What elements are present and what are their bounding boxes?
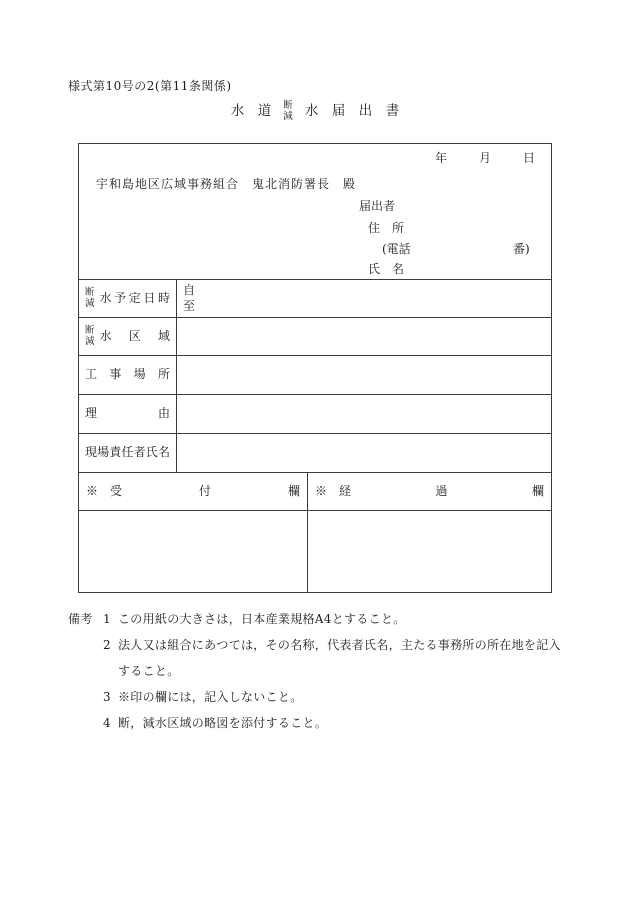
name-label: 氏 名 <box>368 262 404 278</box>
to-label: 至 <box>183 298 545 314</box>
row-scheduled-datetime: 断 減 水予定日時 自 至 <box>79 280 551 318</box>
remark-number <box>103 658 118 684</box>
stacked-dan: 断 <box>85 288 95 299</box>
stamp-header-row: ※ 受 付 欄 ※ 経 過 欄 <box>79 473 551 511</box>
receipt-box <box>79 511 308 592</box>
progress-column-header: ※ 経 過 欄 <box>308 473 551 510</box>
dan-gen-stacked: 断 減 <box>85 326 95 348</box>
row-water-area: 断 減 水区域 <box>79 318 551 356</box>
progress-box <box>308 511 551 592</box>
title-stacked-bottom: 減 <box>283 111 293 122</box>
remarks-spacer <box>68 710 103 736</box>
receipt-column-header: ※ 受 付 欄 <box>79 473 308 510</box>
site-manager-value-cell <box>177 434 551 472</box>
row-scheduled-datetime-label: 断 減 水予定日時 <box>79 280 177 317</box>
date-line: 年 月 日 <box>435 151 535 167</box>
remark-text: 断，減水区域の略図を添付すること。 <box>118 710 573 736</box>
remarks-spacer <box>68 684 103 710</box>
date-day-label: 日 <box>523 151 535 167</box>
row-site-manager-label: 現場責任者氏名 <box>79 434 177 472</box>
remarks-section: 備考 1 この用紙の大きさは，日本産業規格A4とすること。 2 法人又は組合にあ… <box>68 606 573 736</box>
progress-header-part: 欄 <box>532 484 544 500</box>
remark-number: 1 <box>103 606 118 632</box>
reason-value-cell <box>177 395 551 433</box>
receipt-header-part: ※ 受 <box>86 484 122 500</box>
title-right: 水 届 出 書 <box>305 103 400 121</box>
row-construction-site-label: 工事場所 <box>79 356 177 394</box>
stamp-body-row <box>79 511 551 592</box>
remarks-heading: 備考 <box>68 606 103 632</box>
water-area-value-cell <box>177 318 551 355</box>
remark-text: ※印の欄には，記入しないこと。 <box>118 684 573 710</box>
form-number: 様式第10号の2(第11条関係) <box>68 79 232 95</box>
stacked-dan: 断 <box>85 326 95 337</box>
row-water-area-label: 断 減 水区域 <box>79 318 177 355</box>
title-left: 水 道 <box>231 103 272 121</box>
row-construction-site: 工事場所 <box>79 356 551 395</box>
construction-site-value-cell <box>177 356 551 394</box>
remark-text: すること。 <box>118 658 573 684</box>
label-text: 現場責任者氏名 <box>85 445 170 461</box>
form-header-cell: 年 月 日 宇和島地区広域事務組合 鬼北消防署長 殿 届出者 住 所 (電話 番… <box>79 144 551 280</box>
remark-text: 法人又は組合にあつては，その名称，代表者氏名，主たる事務所の所在地を記入 <box>118 632 573 658</box>
dan-gen-stacked: 断 減 <box>85 288 95 310</box>
remarks-spacer <box>68 632 103 658</box>
document-title: 水 道 断 減 水 届 出 書 <box>231 100 400 123</box>
stacked-gen: 減 <box>85 299 95 310</box>
label-text: 水区域 <box>100 329 170 345</box>
date-year-label: 年 <box>435 151 447 167</box>
row-reason-label: 理由 <box>79 395 177 433</box>
receipt-header-part: 欄 <box>288 484 300 500</box>
progress-header-part: ※ 経 <box>315 484 351 500</box>
date-month-label: 月 <box>479 151 491 167</box>
progress-header-part: 過 <box>435 484 447 500</box>
label-text: 工事場所 <box>85 367 170 383</box>
remark-number: 4 <box>103 710 118 736</box>
address-label: 住 所 <box>368 221 404 237</box>
label-text: 理由 <box>85 406 170 422</box>
addressee-line: 宇和島地区広域事務組合 鬼北消防署長 殿 <box>96 177 356 193</box>
remarks-spacer <box>68 658 103 684</box>
document-page: 様式第10号の2(第11条関係) 水 道 断 減 水 届 出 書 年 月 日 宇… <box>0 0 630 903</box>
row-site-manager: 現場責任者氏名 <box>79 434 551 473</box>
phone-label-open: (電話 <box>382 242 411 258</box>
form-table: 年 月 日 宇和島地区広域事務組合 鬼北消防署長 殿 届出者 住 所 (電話 番… <box>78 143 552 593</box>
remark-text: この用紙の大きさは，日本産業規格A4とすること。 <box>118 606 573 632</box>
stacked-gen: 減 <box>85 337 95 348</box>
remark-number: 2 <box>103 632 118 658</box>
scheduled-datetime-value-cell: 自 至 <box>177 280 551 317</box>
remark-number: 3 <box>103 684 118 710</box>
declarant-label: 届出者 <box>359 199 395 215</box>
label-text: 水予定日時 <box>100 291 170 307</box>
title-stacked-top: 断 <box>283 100 293 111</box>
row-reason: 理由 <box>79 395 551 434</box>
title-stacked-dan-gen: 断 減 <box>283 100 293 123</box>
from-label: 自 <box>183 282 545 298</box>
phone-label-close: 番) <box>513 242 530 258</box>
receipt-header-part: 付 <box>199 484 211 500</box>
